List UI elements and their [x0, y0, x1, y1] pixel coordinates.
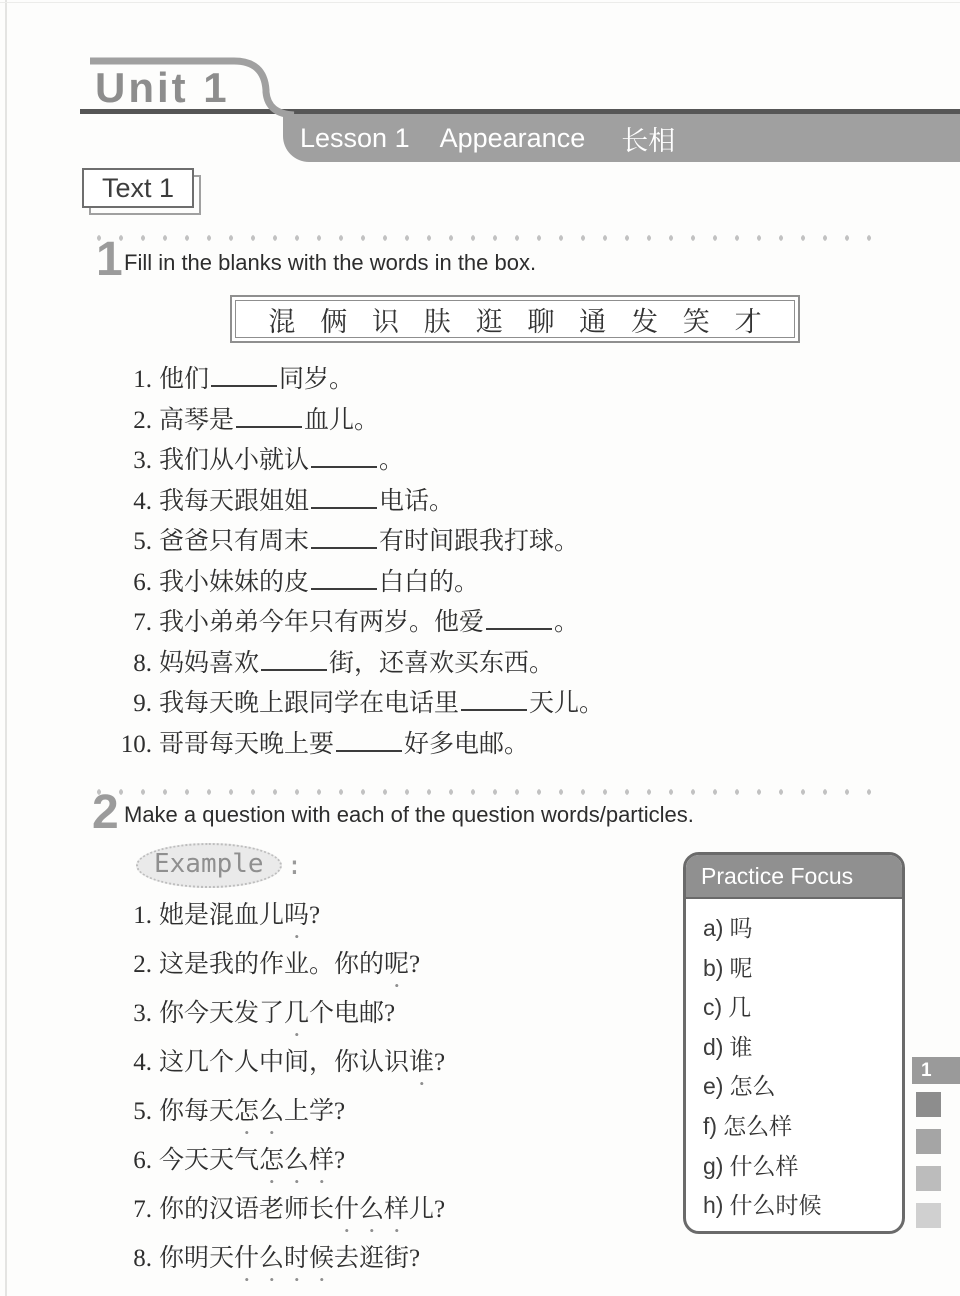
- emphasized-word: 什么样: [334, 1196, 409, 1223]
- sentence-text: 电话。: [379, 488, 454, 515]
- practice-focus-title: Practice Focus: [686, 855, 902, 899]
- sentence-text: 你今天发了: [159, 1000, 284, 1027]
- sentence-number: 8.: [108, 1238, 152, 1281]
- sentence-number: 7.: [108, 603, 152, 644]
- exercise-1-number: 1: [96, 236, 123, 284]
- sentence-text: 我们从小就认: [159, 447, 309, 474]
- question-sentence: 3.你今天发了几个电邮?: [108, 993, 445, 1042]
- blank-line: [311, 547, 377, 549]
- question-sentence: 5.你每天怎么上学?: [108, 1091, 445, 1140]
- sentence-text: 我每天跟姐姐: [159, 488, 309, 515]
- sentence-number: 2.: [108, 401, 152, 442]
- blank-line: [336, 750, 402, 752]
- sentence-text: 她是混血儿: [159, 902, 284, 929]
- page-edge-square: [916, 1203, 941, 1228]
- blank-line: [236, 426, 302, 428]
- dotted-separator: [88, 786, 882, 798]
- practice-focus-item: a)吗: [703, 909, 902, 949]
- sentence-text: 儿?: [409, 1196, 445, 1223]
- blank-line: [311, 507, 377, 509]
- emphasized-word: 呢: [384, 951, 409, 978]
- sentence-text: 爸爸只有周末: [159, 528, 309, 555]
- fill-blank-sentence: 9.我每天晚上跟同学在电话里天儿。: [108, 684, 604, 725]
- sentence-number: 5.: [108, 522, 152, 563]
- sentence-text: 我小妹妹的皮: [159, 569, 309, 596]
- fill-blank-sentence: 8.妈妈喜欢街，还喜欢买东西。: [108, 644, 604, 685]
- blank-line: [461, 709, 527, 711]
- blank-line: [211, 385, 277, 387]
- emphasized-word: 什么时候: [234, 1245, 334, 1272]
- sentence-text: 血儿。: [304, 407, 379, 434]
- sentence-text: 你每天: [159, 1098, 234, 1125]
- blank-line: [311, 466, 377, 468]
- fill-blank-sentence: 3.我们从小就认。: [108, 441, 604, 482]
- fill-blank-sentence: 7.我小弟弟今年只有两岁。他爱。: [108, 603, 604, 644]
- item-key: b): [703, 955, 723, 981]
- question-sentence: 2.这是我的作业。你的呢?: [108, 944, 445, 993]
- lesson-title-zh: 长相: [621, 119, 675, 158]
- sentence-text: 有时间跟我打球。: [379, 528, 579, 555]
- sentence-number: 2.: [108, 944, 152, 987]
- sentence-number: 3.: [108, 441, 152, 482]
- exercise-2-sentences: 1.她是混血儿吗? 2.这是我的作业。你的呢? 3.你今天发了几个电邮? 4.这…: [108, 895, 445, 1287]
- practice-focus-item: d)谁: [703, 1028, 902, 1068]
- word-box-word: 混: [268, 300, 295, 339]
- unit-title: Unit 1: [95, 64, 230, 112]
- sentence-text: 你的汉语老师长: [159, 1196, 334, 1223]
- sentence-text: ?: [334, 1147, 345, 1174]
- word-box-word: 发: [631, 300, 658, 339]
- item-key: g): [703, 1153, 723, 1179]
- item-key: a): [703, 915, 723, 941]
- sentence-text: 妈妈喜欢: [159, 650, 259, 677]
- text-1-badge: Text 1: [82, 168, 200, 214]
- sentence-number: 1.: [108, 360, 152, 401]
- example-colon: :: [287, 851, 303, 881]
- sentence-text: 今天天气: [159, 1147, 259, 1174]
- exercise-1-instruction: Fill in the blanks with the words in the…: [124, 250, 536, 276]
- sentence-number: 6.: [108, 1140, 152, 1183]
- practice-focus-item: e)怎么: [703, 1067, 902, 1107]
- page-edge-square: [916, 1166, 941, 1191]
- fill-blank-sentence: 1.他们同岁。: [108, 360, 604, 401]
- question-sentence: 6.今天天气怎么样?: [108, 1140, 445, 1189]
- sentence-number: 3.: [108, 993, 152, 1036]
- sentence-number: 1.: [108, 895, 152, 938]
- word-box-word: 通: [579, 300, 606, 339]
- question-sentence: 1.她是混血儿吗?: [108, 895, 445, 944]
- exercise-1-sentences: 1.他们同岁。 2.高琴是血儿。 3.我们从小就认。 4.我每天跟姐姐电话。 5…: [108, 360, 604, 765]
- item-word: 什么时候: [729, 1193, 821, 1218]
- sentence-number: 8.: [108, 644, 152, 685]
- item-key: e): [703, 1073, 723, 1099]
- emphasized-word: 怎么样: [259, 1147, 334, 1174]
- question-sentence: 4.这几个人中间，你认识谁?: [108, 1042, 445, 1091]
- sentence-number: 4.: [108, 1042, 152, 1085]
- item-key: d): [703, 1034, 723, 1060]
- word-box-word: 聊: [527, 300, 554, 339]
- sentence-text: 天儿。: [529, 690, 604, 717]
- sentence-text: 我每天晚上跟同学在电话里: [159, 690, 459, 717]
- scan-left-edge-line: [5, 0, 7, 1296]
- emphasized-word: 吗: [284, 902, 309, 929]
- word-box-word: 俩: [320, 300, 347, 339]
- page-edge-tab: 1: [912, 1057, 960, 1084]
- word-box-words: 混 俩 识 肤 逛 聊 通 发 笑 才: [235, 300, 795, 338]
- item-word: 几: [728, 995, 751, 1020]
- sentence-text: 。: [379, 447, 404, 474]
- sentence-number: 6.: [108, 563, 152, 604]
- sentence-text: 这是我的作业。你的: [159, 951, 384, 978]
- item-word: 什么样: [729, 1154, 798, 1179]
- item-word: 吗: [729, 916, 752, 941]
- item-word: 怎么: [729, 1074, 775, 1099]
- fill-blank-sentence: 10.哥哥每天晚上要好多电邮。: [108, 725, 604, 766]
- sentence-number: 10.: [108, 725, 152, 766]
- sentence-number: 4.: [108, 482, 152, 523]
- blank-line: [311, 588, 377, 590]
- word-box-word: 逛: [476, 300, 503, 339]
- exercise-2-number: 2: [92, 789, 119, 837]
- emphasized-word: 怎么: [234, 1098, 284, 1125]
- sentence-text: 好多电邮。: [404, 731, 529, 758]
- sentence-number: 7.: [108, 1189, 152, 1232]
- lesson-title: Lesson 1 Appearance 长相: [300, 114, 675, 162]
- practice-focus-item: c)几: [703, 988, 902, 1028]
- blank-line: [486, 628, 552, 630]
- item-word: 呢: [729, 956, 752, 981]
- practice-focus-item: g)什么样: [703, 1147, 902, 1187]
- practice-focus-item: f)怎么样: [703, 1107, 902, 1147]
- item-word: 怎么样: [723, 1114, 792, 1139]
- fill-blank-sentence: 2.高琴是血儿。: [108, 401, 604, 442]
- practice-focus-item: b)呢: [703, 949, 902, 989]
- sentence-text: ?: [309, 902, 320, 929]
- practice-focus-list: a)吗 b)呢 c)几 d)谁 e)怎么 f)怎么样 g)什么样 h)什么时候: [686, 899, 902, 1226]
- sentence-text: 哥哥每天晚上要: [159, 731, 334, 758]
- item-key: c): [703, 994, 722, 1020]
- lesson-title-en: Appearance: [440, 123, 586, 154]
- sentence-text: 这几个人中间，你认识: [159, 1049, 409, 1076]
- practice-focus-item: h)什么时候: [703, 1186, 902, 1226]
- word-box-word: 才: [735, 300, 762, 339]
- sentence-text: 你明天: [159, 1245, 234, 1272]
- lesson-number: Lesson 1: [300, 123, 410, 154]
- sentence-number: 5.: [108, 1091, 152, 1134]
- page-edge-square: [916, 1092, 941, 1117]
- sentence-text: 白白的。: [379, 569, 479, 596]
- sentence-text: 街，还喜欢买东西。: [329, 650, 554, 677]
- sentence-text: 高琴是: [159, 407, 234, 434]
- fill-blank-sentence: 5.爸爸只有周末有时间跟我打球。: [108, 522, 604, 563]
- word-box-word: 肤: [424, 300, 451, 339]
- sentence-text: 我小弟弟今年只有两岁。他爱: [159, 609, 484, 636]
- item-word: 谁: [729, 1035, 752, 1060]
- word-box-word: 识: [372, 300, 399, 339]
- dotted-separator: [88, 232, 882, 244]
- item-key: f): [703, 1113, 717, 1139]
- exercise-2-instruction: Make a question with each of the questio…: [124, 802, 694, 828]
- page-edge-square: [916, 1129, 941, 1154]
- sentence-text: 他们: [159, 366, 209, 393]
- word-box: 混 俩 识 肤 逛 聊 通 发 笑 才: [230, 295, 800, 343]
- emphasized-word: 谁: [409, 1049, 434, 1076]
- sentence-text: 去逛街?: [334, 1245, 420, 1272]
- sentence-text: 。: [554, 609, 579, 636]
- text-1-badge-label: Text 1: [82, 168, 194, 208]
- emphasized-word: 几: [284, 1000, 309, 1027]
- item-key: h): [703, 1192, 723, 1218]
- blank-line: [261, 669, 327, 671]
- sentence-number: 9.: [108, 684, 152, 725]
- sentence-text: 同岁。: [279, 366, 354, 393]
- sentence-text: ?: [434, 1049, 445, 1076]
- sentence-text: ?: [409, 951, 420, 978]
- question-sentence: 8.你明天什么时候去逛街?: [108, 1238, 445, 1287]
- word-box-word: 笑: [683, 300, 710, 339]
- example-label: Example :: [136, 843, 302, 888]
- example-oval: Example: [136, 843, 282, 888]
- sentence-text: 个电邮?: [309, 1000, 395, 1027]
- sentence-text: 上学?: [284, 1098, 345, 1125]
- practice-focus-box: Practice Focus a)吗 b)呢 c)几 d)谁 e)怎么 f)怎么…: [683, 852, 905, 1234]
- fill-blank-sentence: 6.我小妹妹的皮白白的。: [108, 563, 604, 604]
- fill-blank-sentence: 4.我每天跟姐姐电话。: [108, 482, 604, 523]
- question-sentence: 7.你的汉语老师长什么样儿?: [108, 1189, 445, 1238]
